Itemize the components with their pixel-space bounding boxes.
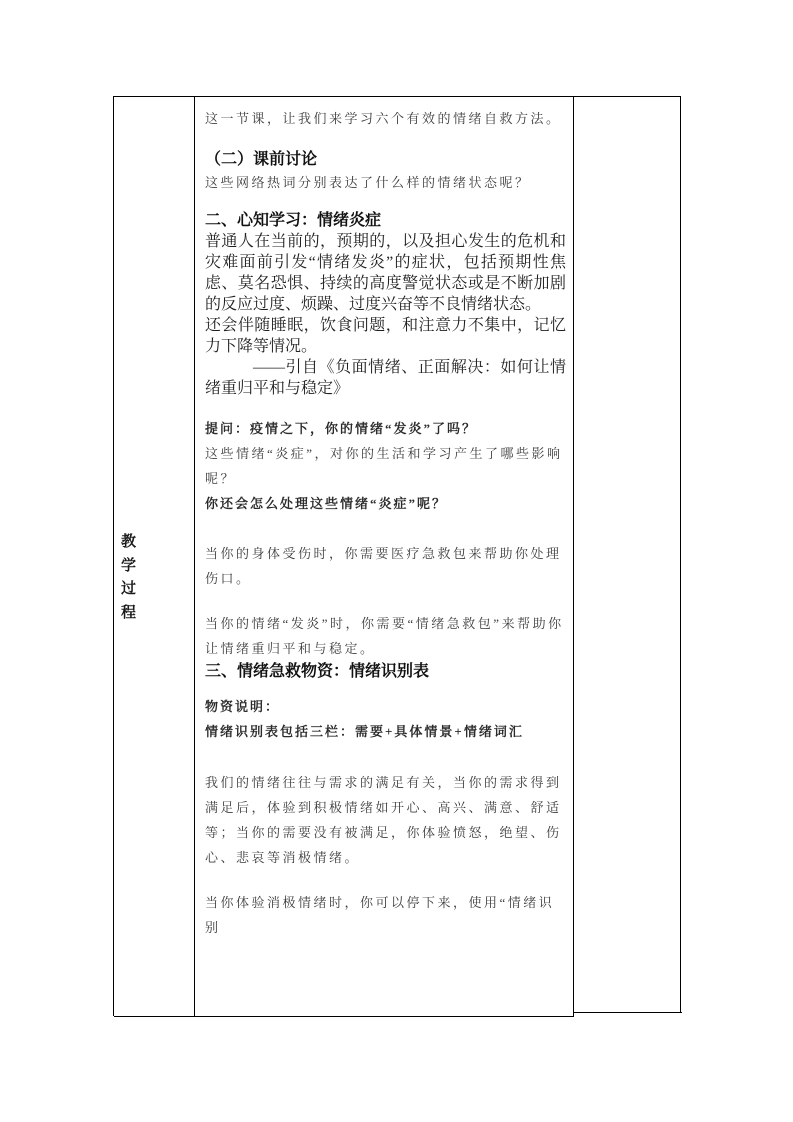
column-divider <box>194 97 195 1016</box>
content-cell: 这一节课，让我们来学习六个有效的情绪自救方法。 （二）课前讨论 这些网络热词分别… <box>195 98 573 1015</box>
paragraph: 情绪识别表包括三栏：需要+具体情景+情绪词汇 <box>205 719 566 744</box>
paragraph: 普通人在当前的，预期的，以及担心发生的危机和灾难面前引发“情绪发炎”的症状，包括… <box>205 231 566 315</box>
table-bottom-border <box>114 1016 574 1017</box>
paragraph: 还会伴随睡眠，饮食问题，和注意力不集中，记忆力下降等情况。 <box>205 315 566 357</box>
paragraph-cut-off: 当你体验消极情绪时，你可以停下来，使用“情绪识别 <box>205 890 566 940</box>
section-heading: （二）课前讨论 <box>205 149 566 170</box>
citation: ——引自《负面情绪、正面解决：如何让情绪重归平和与稳定》 <box>205 357 566 399</box>
teaching-process-label: 教学过程 <box>121 531 138 625</box>
lesson-plan-table: 教学过程 这一节课，让我们来学习六个有效的情绪自救方法。 （二）课前讨论 这些网… <box>113 96 681 1016</box>
empty-side-cell <box>574 98 682 1012</box>
paragraph: 这些网络热词分别表达了什么样的情绪状态呢？ <box>205 170 566 195</box>
section-heading: 二、心知学习：情绪炎症 <box>205 210 566 231</box>
question: 提问：疫情之下，你的情绪“发炎”了吗？ <box>205 416 566 441</box>
document-page: 教学过程 这一节课，让我们来学习六个有效的情绪自救方法。 （二）课前讨论 这些网… <box>0 0 793 1122</box>
paragraph: 当你的身体受伤时，你需要医疗急救包来帮助你处理伤口。 <box>205 541 566 591</box>
question: 你还会怎么处理这些情绪“炎症”呢？ <box>205 491 566 516</box>
table-right-border <box>680 97 681 1012</box>
paragraph: 当你的情绪“发炎”时，你需要“情绪急救包”来帮助你让情绪重归平和与稳定。 <box>205 611 566 661</box>
table-bottom-border <box>573 1012 682 1013</box>
paragraph: 物资说明： <box>205 694 566 719</box>
question: 这些情绪“炎症”，对你的生活和学习产生了哪些影响呢？ <box>205 441 566 491</box>
column-divider <box>573 97 574 1016</box>
paragraph: 我们的情绪往往与需求的满足有关，当你的需求得到满足后，体验到积极情绪如开心、高兴… <box>205 770 566 870</box>
paragraph: 这一节课，让我们来学习六个有效的情绪自救方法。 <box>205 106 566 131</box>
section-heading: 三、情绪急救物资：情绪识别表 <box>205 661 566 682</box>
teaching-process-cell: 教学过程 <box>115 97 194 1015</box>
